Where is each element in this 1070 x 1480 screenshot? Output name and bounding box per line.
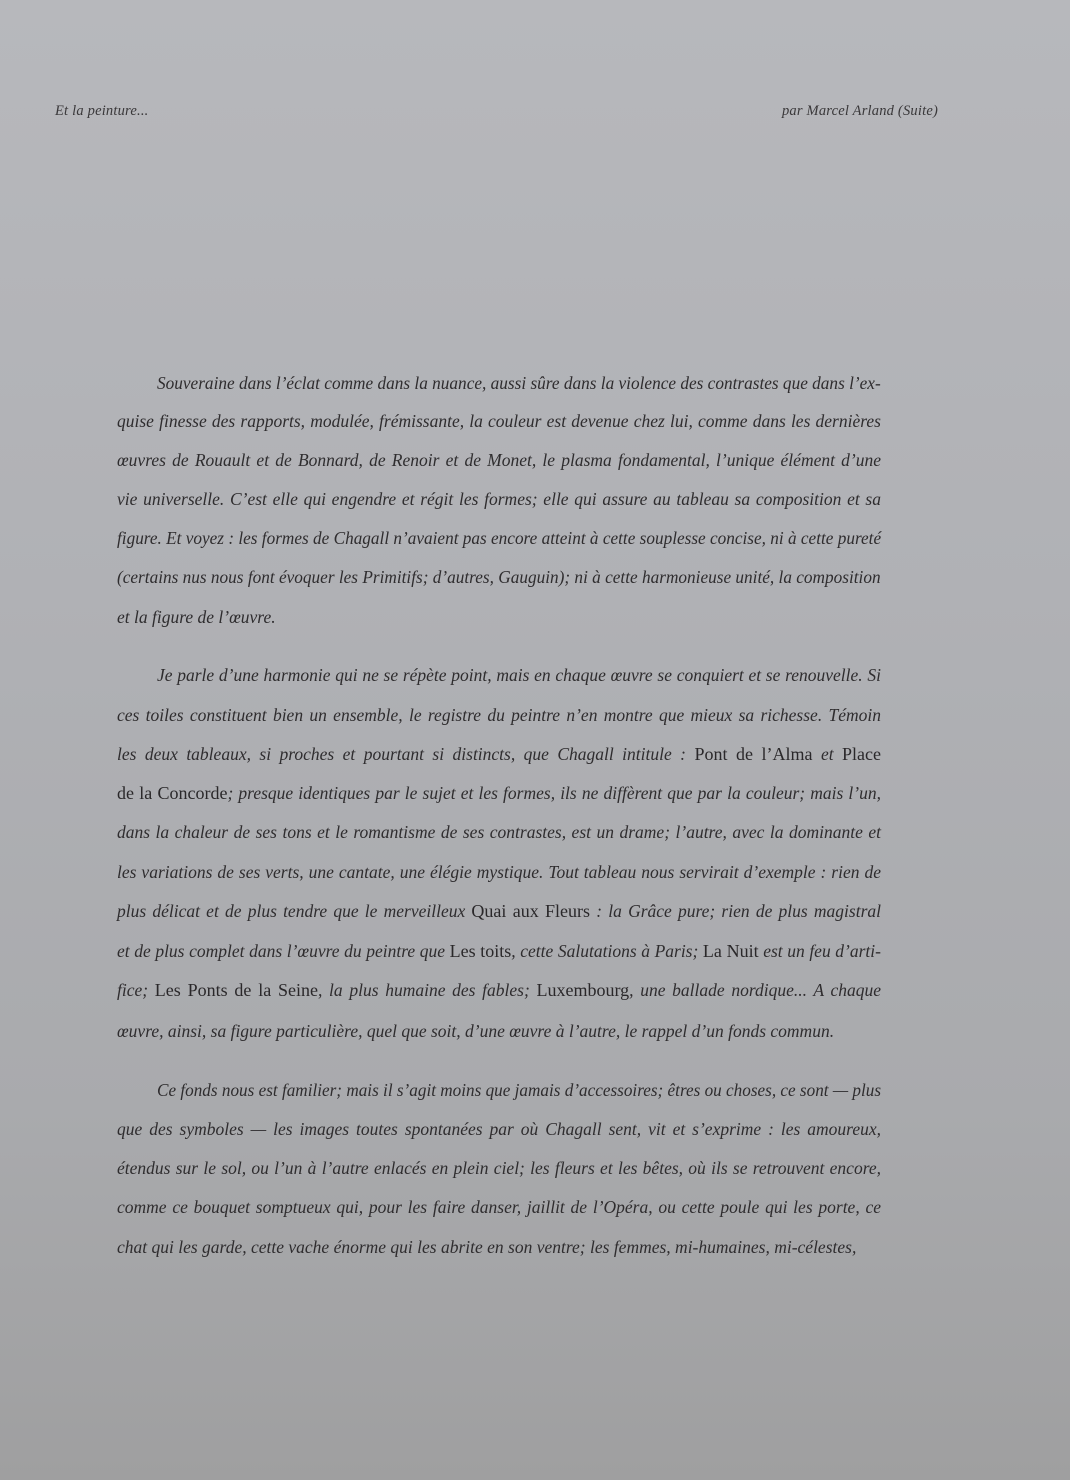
text-line: ces toiles constituent bien un ensemble,… (117, 704, 881, 726)
text-run: ces toiles constituent bien un ensemble,… (117, 705, 881, 725)
text-run: plus délicat et de plus tendre que le me… (117, 901, 471, 921)
text-line: étendus sur le sol, ou l’un à l’autre en… (117, 1157, 881, 1179)
artwork-title: Pont de l’Alma (694, 744, 812, 764)
text-line: comme ce bouquet somptueux qui, pour les… (117, 1196, 881, 1218)
text-run: les deux tableaux, si proches et pourtan… (117, 744, 694, 764)
text-run: , une ballade nordique... A chaque (629, 980, 881, 1000)
text-line: fice; Les Ponts de la Seine, la plus hum… (117, 979, 881, 1001)
text-run: ; presque identiques par le sujet et les… (227, 783, 881, 803)
text-line: que des symboles — les images toutes spo… (117, 1118, 881, 1140)
text-line: Ce fonds nous est familier; mais il s’ag… (157, 1079, 881, 1101)
text-run: dans la chaleur de ses tons et le romant… (117, 822, 881, 842)
text-line: figure. Et voyez : les formes de Chagall… (117, 527, 881, 549)
text-run: que des symboles — les images toutes spo… (117, 1119, 881, 1139)
text-line: et de plus complet dans l’œuvre du peint… (117, 940, 881, 962)
document-page: Et la peinture... par Marcel Arland (Sui… (0, 0, 1070, 1480)
text-run: : la Grâce pure; rien de plus magistral (590, 901, 881, 921)
text-line: plus délicat et de plus tendre que le me… (117, 900, 881, 922)
text-run: quise finesse des rapports, modulée, fré… (117, 411, 881, 431)
artwork-title: Luxembourg (537, 980, 630, 1000)
running-head-title: Et la peinture... (55, 103, 148, 120)
text-run: œuvres de Rouault et de Bonnard, de Reno… (117, 450, 881, 470)
text-run: Je parle d’une harmonie qui ne se répète… (157, 665, 881, 685)
text-run: , cette Salutations à Paris; (511, 941, 703, 961)
text-run: est un feu d’arti- (759, 941, 881, 961)
text-run: et de plus complet dans l’œuvre du peint… (117, 941, 450, 961)
text-run: étendus sur le sol, ou l’un à l’autre en… (117, 1158, 881, 1178)
text-line: quise finesse des rapports, modulée, fré… (117, 410, 881, 432)
text-line: œuvre, ainsi, sa figure particulière, qu… (117, 1020, 834, 1042)
text-run: vie universelle. C’est elle qui engendre… (117, 489, 881, 509)
text-run: chat qui les garde, cette vache énorme q… (117, 1237, 856, 1257)
text-line: et la figure de l’œuvre. (117, 606, 276, 628)
text-run: Ce fonds nous est familier; mais il s’ag… (157, 1080, 881, 1100)
artwork-title: La Nuit (703, 941, 759, 961)
running-head-author: par Marcel Arland (Suite) (782, 103, 938, 120)
text-run: (certains nus nous font évoquer les Prim… (117, 567, 881, 587)
text-line: dans la chaleur de ses tons et le romant… (117, 821, 881, 843)
text-run: œuvre, ainsi, sa figure particulière, qu… (117, 1021, 834, 1041)
text-run: et la figure de l’œuvre. (117, 607, 276, 627)
text-run: fice; (117, 980, 155, 1000)
text-line: chat qui les garde, cette vache énorme q… (117, 1236, 856, 1258)
text-line: (certains nus nous font évoquer les Prim… (117, 566, 881, 588)
text-line: œuvres de Rouault et de Bonnard, de Reno… (117, 449, 881, 471)
text-line: les variations de ses verts, une cantate… (117, 861, 881, 883)
text-run: les variations de ses verts, une cantate… (117, 862, 881, 882)
text-run: et (813, 744, 842, 764)
text-run: Souveraine dans l’éclat comme dans la nu… (157, 373, 881, 393)
text-run: figure. Et voyez : les formes de Chagall… (117, 528, 881, 548)
text-line: de la Concorde; presque identiques par l… (117, 782, 881, 804)
artwork-title: Quai aux Fleurs (471, 901, 590, 921)
text-run: , la plus humaine des fables; (318, 980, 537, 1000)
artwork-title: Place (842, 744, 881, 764)
text-line: Souveraine dans l’éclat comme dans la nu… (157, 372, 881, 394)
artwork-title: Les toits (450, 941, 512, 961)
artwork-title: Les Ponts de la Seine (155, 980, 318, 1000)
artwork-title: de la Concorde (117, 783, 227, 803)
text-line: Je parle d’une harmonie qui ne se répète… (157, 664, 881, 686)
text-line: vie universelle. C’est elle qui engendre… (117, 488, 881, 510)
text-run: comme ce bouquet somptueux qui, pour les… (117, 1197, 881, 1217)
text-line: les deux tableaux, si proches et pourtan… (117, 743, 881, 765)
